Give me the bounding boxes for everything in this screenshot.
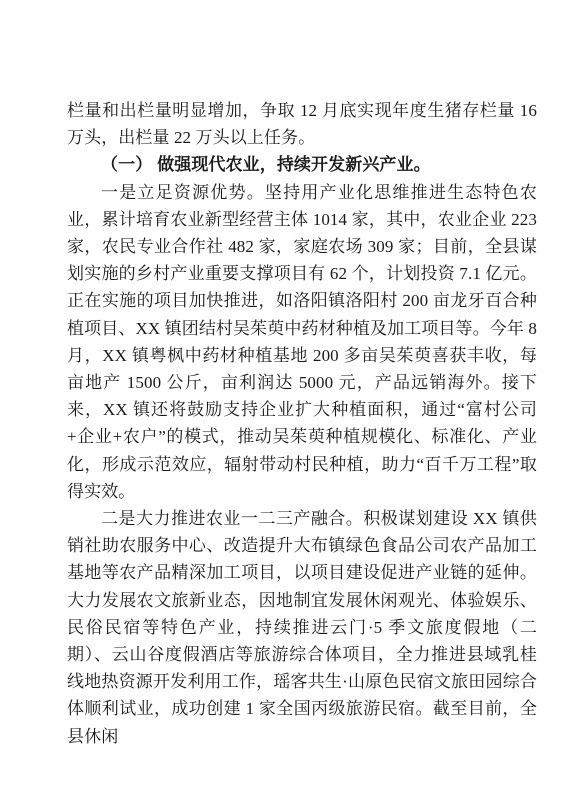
paragraph-continuation: 栏量和出栏量明显增加，争取 12 月底实现年度生猪存栏量 16 万头，出栏量 2… [67, 97, 537, 151]
document-page: 栏量和出栏量明显增加，争取 12 月底实现年度生猪存栏量 16 万头，出栏量 2… [0, 0, 570, 807]
paragraph-second: 二是大力推进农业一二三产融合。积极谋划建设 XX 镇供销社助农服务中心、改造提升… [67, 505, 537, 750]
section-heading: （一） 做强现代农业，持续开发新兴产业。 [67, 151, 537, 178]
document-body: 栏量和出栏量明显增加，争取 12 月底实现年度生猪存栏量 16 万头，出栏量 2… [67, 97, 537, 750]
paragraph-first: 一是立足资源优势。坚持用产业化思维推进生态特色农业，累计培育农业新型经营主体 1… [67, 179, 537, 505]
